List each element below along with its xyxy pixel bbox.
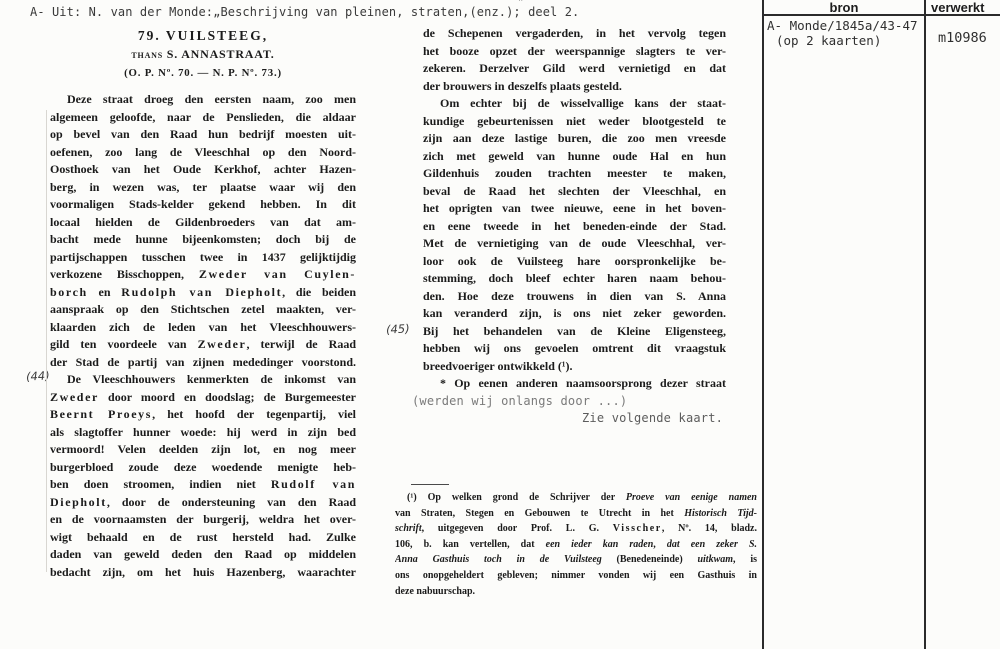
text-line: Zweder door moord en doodslag; de Burgem… [50,389,356,407]
text-segment: (Benedeneinde) [602,554,698,565]
text-line: wigt behaald en de rust hersteld had. Zu… [50,529,356,547]
text-segment: Diepholt [50,495,107,509]
text-segment: Bij het behandelen van de Kleine Eligens… [423,324,726,338]
text-line: der brouwers in deszelfs plaats gesteld. [423,78,726,96]
text-line: het booze opzet der weerspannige slagter… [423,43,726,61]
text-line: der Stad de partij van zijnen mededinger… [50,354,356,372]
text-segment: , terwijl de Raad [247,337,357,351]
text-line: stemming, doch bleef echter haren naam b… [423,270,726,288]
text-line: Bij het behandelen van de Kleine Eligens… [423,323,726,341]
text-segment: zijn aan deze lastige buren, die zoo men… [423,131,726,145]
text-segment: bacht mede hunne bijeenkomsten; doch bij… [50,232,356,246]
text-line: ben doen stroomen, indien niet Rudolf va… [50,476,356,494]
text-segment: uitkwam [697,554,733,565]
text-segment: Zie volgende kaart. [582,411,723,425]
text-line: bacht mede hunne bijeenkomsten; doch bij… [50,231,356,249]
verwerkt-id-value: m10986 [938,30,987,46]
text-segment: (werden wij onlangs door ...) [412,394,627,408]
text-line: zijn aan deze lastige buren, die zoo men… [423,130,726,148]
text-line: gild ten voordeele van Zweder, terwijl d… [50,336,356,354]
text-segment: vermoord! Velen deelden zijn lot, en nog… [50,442,356,456]
text-line: het oprigten van twee nieuwe, eene in he… [423,200,726,218]
article-subtitle: thans S. ANNASTRAAT. [50,47,356,62]
article-heading: 79. VUILSTEEG, thans S. ANNASTRAAT. (O. … [50,28,356,79]
text-line: daden van geweld deden den Raad op midde… [50,546,356,564]
text-line: (werden wij onlangs door ...) [412,393,726,411]
text-line: algemeen geloofde, naar de Penslieden, d… [50,109,356,127]
text-line: schrift, uitgegeven door Prof. L. G. Vis… [395,521,757,537]
text-segment: het oprigten van twee nieuwe, eene in he… [423,201,726,215]
text-segment: en [88,285,122,299]
text-segment: wigt behaald en de rust hersteld had. Zu… [50,530,356,544]
column-header-bron: bron [764,0,924,15]
source-annotation-line: A- Uit: N. van der Monde:„Beschrijving v… [30,5,579,19]
text-line: * Op eenen anderen naamsoorsprong dezer … [423,375,726,393]
text-line: breedvoeriger ontwikkeld (¹). [423,358,726,376]
text-segment: bedacht zijn, om het huis Hazenberg, waa… [50,565,356,579]
text-segment: , uitgegeven door Prof. L. G. [422,523,613,534]
text-segment: en de voornaamsten der burgerij, weldra … [50,512,356,526]
bron-reference-value: A- Monde/1845a/43-47 [767,18,918,33]
text-segment: klaarden zich de leden van het Vleeschho… [50,320,356,334]
text-segment: Rudolf van [271,477,356,491]
article-title: 79. VUILSTEEG, [50,28,356,44]
text-segment: hebben wij ons gevoelen omtrent dit vraa… [423,341,726,355]
text-line: Deze straat droeg den eersten naam, zoo … [50,91,356,109]
footnote-divider-rule [411,484,449,485]
text-segment: De Vleeschhouwers kenmerkten de inkomst … [67,372,356,386]
text-line: kundige gebeurtenissen niet weder blootg… [423,113,726,131]
text-segment: der Stad de partij van zijnen mededinger… [50,355,356,369]
text-line: Zie volgende kaart. [423,410,726,428]
text-segment: en eene tweede in het beneden-einde der … [423,219,726,233]
text-line: zekeren. Derzelver Gild werd vernietigd … [423,60,726,78]
text-segment: loor ook de Vuilsteeg hare oorspronkelij… [423,254,726,268]
footnote-text: (¹) Op welken grond de Schrijver der Pro… [395,490,757,599]
typed-quote-mark: " [517,0,524,9]
handwritten-margin-note-45: (45) [386,321,410,336]
text-segment: Historisch Tijd- [684,508,757,519]
article-reference-line: (O. P. Nº. 70. — N. P. Nº. 73.) [50,67,356,79]
text-segment: oefenen, zoo lang de Vleeschhal op den N… [50,145,356,159]
text-line: verkozene Bisschoppen, Zweder van Cuylen… [50,266,356,284]
text-segment: Visscher [613,523,662,534]
text-segment: breedvoeriger ontwikkeld (¹). [423,359,572,373]
text-segment: berg, in wezen was, ter plaatse waar wij… [50,180,356,194]
text-line: voormaligen Stads-kelder gekend hebben. … [50,196,356,214]
text-segment: partijschappen tusschen twee in 1437 gel… [50,250,356,264]
text-segment: kan veranderd zijn, is ons niet zeker ge… [423,306,726,320]
text-line: en eene tweede in het beneden-einde der … [423,218,726,236]
text-segment: 106, b. kan vertellen, dat [395,539,546,550]
text-line: als slagtoffer hunner woede: hij werd in… [50,424,356,442]
text-segment: , is [733,554,757,565]
text-line: beval de Raad het slechten der Vleeschha… [423,183,726,201]
text-line: zich met geweld van hunne oude Hal en hu… [423,148,726,166]
text-segment: van Straten, Stegen en Gebouwen te Utrec… [395,508,684,519]
text-segment: op bevel van den Raad hun bedrijf moeste… [50,127,356,141]
text-segment: voormaligen Stads-kelder gekend hebben. … [50,197,356,211]
text-segment: Deze straat droeg den eersten naam, zoo … [67,92,356,106]
text-line: hebben wij ons gevoelen omtrent dit vraa… [423,340,726,358]
text-segment: schrift [395,523,422,534]
text-line: berg, in wezen was, ter plaatse waar wij… [50,179,356,197]
text-segment: verkozene Bisschoppen, [50,267,199,281]
text-segment: stemming, doch bleef echter haren naam b… [423,271,726,285]
text-segment: Anna Gasthuis toch in de Vuilsteeg [395,554,602,565]
table-vertical-line-left [762,0,764,649]
text-segment: Beernt Proeys [50,407,152,421]
text-line: Oosthoek van het Oude Kerkhof, achter Ha… [50,161,356,179]
text-segment: deze nabuurschap. [395,586,475,597]
text-segment: ben doen stroomen, indien niet [50,477,271,491]
text-segment: locaal hielden de Gildenbroeders van dat… [50,215,356,229]
text-line: (¹) Op welken grond de Schrijver der Pro… [395,490,757,506]
text-segment: * Op eenen anderen naamsoorsprong dezer … [440,376,726,390]
text-line: klaarden zich de leden van het Vleeschho… [50,319,356,337]
text-segment: dat een zeker S. [667,539,757,550]
text-segment: Met de vernietiging van de oude Vleeschh… [423,236,726,250]
bron-reference-note: (op 2 kaarten) [776,33,881,48]
text-segment: Proeve van eenige namen [626,492,757,503]
text-segment: als slagtoffer hunner woede: hij werd in… [50,425,356,439]
text-segment: (¹) Op welken grond de Schrijver der [407,492,626,503]
text-line: locaal hielden de Gildenbroeders van dat… [50,214,356,232]
text-segment: Gildenhuis zouden trachten meester te ma… [423,166,726,180]
text-line: 106, b. kan vertellen, dat een ieder kan… [395,537,757,553]
text-line: Anna Gasthuis toch in de Vuilsteeg (Bene… [395,552,757,568]
text-segment: , die beiden [282,285,356,299]
page-crease-line [46,110,47,572]
text-segment: , [653,539,667,550]
text-line: kan veranderd zijn, is ons niet zeker ge… [423,305,726,323]
text-segment: aanspraak op den Stichtschen zetel maakt… [50,302,356,316]
text-segment: Zweder van Cuylen- [199,267,356,281]
text-segment: kundige gebeurtenissen niet weder blootg… [423,114,726,128]
text-segment: , Nº. 14, bladz. [662,523,757,534]
text-segment: zekeren. Derzelver Gild werd vernietigd … [423,61,726,75]
text-line: en de voornaamsten der burgerij, weldra … [50,511,356,529]
text-line: De Vleeschhouwers kenmerkten de inkomst … [50,371,356,389]
text-line: den. Hoe deze trouwens in dien van S. An… [423,288,726,306]
text-line: vermoord! Velen deelden zijn lot, en nog… [50,441,356,459]
text-line: borch en Rudolph van Diepholt, die beide… [50,284,356,302]
text-segment: borch [50,285,88,299]
text-line: aanspraak op den Stichtschen zetel maakt… [50,301,356,319]
text-line: partijschappen tusschen twee in 1437 gel… [50,249,356,267]
text-line: Om echter bij de wisselvallige kans der … [423,95,726,113]
text-segment: algemeen geloofde, naar de Penslieden, d… [50,110,356,124]
text-segment: zich met geweld van hunne oude Hal en hu… [423,149,726,163]
right-text-column: de Schepenen vergaderden, in het vervolg… [423,25,726,428]
scanned-document-page: A- Uit: N. van der Monde:„Beschrijving v… [0,0,1000,649]
text-segment: beval de Raad het slechten der Vleeschha… [423,184,726,198]
text-segment: het booze opzet der weerspannige slagter… [423,44,726,58]
text-line: van Straten, Stegen en Gebouwen te Utrec… [395,506,757,522]
table-vertical-line-right [924,0,926,649]
text-line: bedacht zijn, om het huis Hazenberg, waa… [50,564,356,582]
text-segment: gild ten voordeele van [50,337,198,351]
text-line: de Schepenen vergaderden, in het vervolg… [423,25,726,43]
text-line: Diepholt, door de ondersteuning van den … [50,494,356,512]
text-segment: burgerbloed zoude deze woedende menigte … [50,460,356,474]
text-line: burgerbloed zoude deze woedende menigte … [50,459,356,477]
text-line: ons onopgeheldert gebleven; nimmer vonde… [395,568,757,584]
text-line: loor ook de Vuilsteeg hare oorspronkelij… [423,253,726,271]
text-segment: daden van geweld deden den Raad op midde… [50,547,356,561]
left-text-column: Deze straat droeg den eersten naam, zoo … [50,91,356,581]
text-segment: der brouwers in deszelfs plaats gesteld. [423,79,622,93]
text-line: Met de vernietiging van de oude Vleeschh… [423,235,726,253]
text-segment: Zweder [50,390,99,404]
text-segment: , door de ondersteuning van den Raad [107,495,356,509]
text-segment: Om echter bij de wisselvallige kans der … [440,96,726,110]
text-line: Beernt Proeys, het hoofd der tegenpartij… [50,406,356,424]
text-line: Gildenhuis zouden trachten meester te ma… [423,165,726,183]
text-segment: , het hoofd der tegenpartij, viel [152,407,356,421]
text-segment: Zweder [198,337,247,351]
text-segment: Oosthoek van het Oude Kerkhof, achter Ha… [50,162,356,176]
text-segment: Rudolph van Diepholt [121,285,282,299]
text-line: op bevel van den Raad hun bedrijf moeste… [50,126,356,144]
text-segment: ons onopgeheldert gebleven; nimmer vonde… [395,570,757,581]
text-segment: door moord en doodslag; de Burgemeester [99,390,356,404]
text-segment: de Schepenen vergaderden, in het vervolg… [423,26,726,40]
text-line: oefenen, zoo lang de Vleeschhal op den N… [50,144,356,162]
text-segment: een ieder kan raden [546,539,654,550]
text-segment: den. Hoe deze trouwens in dien van S. An… [423,289,726,303]
column-header-verwerkt: verwerkt [931,0,984,15]
text-line: deze nabuurschap. [395,584,757,600]
